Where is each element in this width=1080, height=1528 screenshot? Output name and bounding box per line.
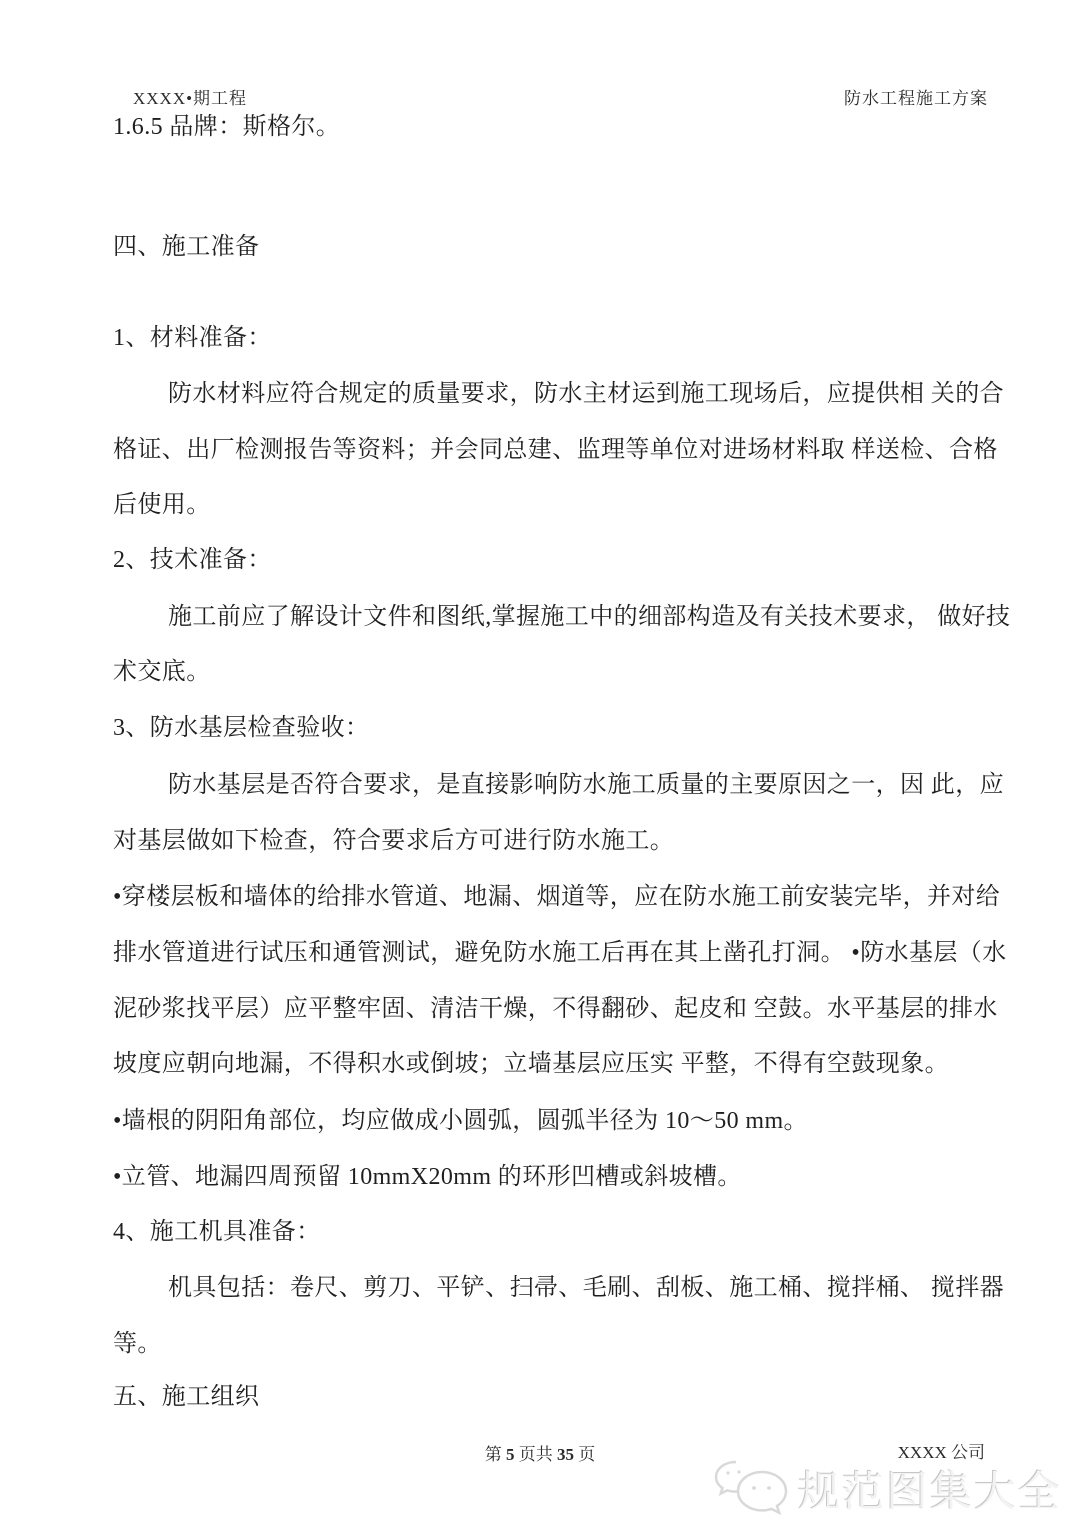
- text-line: 格证、出厂检测报告等资料；并会同总建、监理等单位对进场材料取 样送检、合格: [113, 429, 998, 464]
- page-number-middle: 页共: [519, 1445, 553, 1464]
- current-page-number: 5: [506, 1445, 515, 1464]
- watermark: 规范图集大全: [712, 1458, 1062, 1520]
- page-number-prefix: 第: [485, 1445, 502, 1464]
- page-number-suffix: 页: [578, 1445, 595, 1464]
- text-line: 机具包括：卷尺、剪刀、平铲、扫帚、毛刷、刮板、施工桶、搅拌桶、 搅拌器: [168, 1267, 1053, 1302]
- text-line: 1.6.5 品牌：斯格尔。: [113, 106, 998, 141]
- text-line: 后使用。: [113, 484, 998, 519]
- bullet-line: •墙根的阴阳角部位，均应做成小圆弧，圆弧半径为 10～50 mm。: [113, 1100, 998, 1135]
- section-heading: 四、施工准备: [113, 226, 998, 261]
- bullet-line: •立管、地漏四周预留 10mmX20mm 的环形凹槽或斜坡槽。: [113, 1156, 998, 1191]
- section-heading: 五、施工组织: [113, 1376, 998, 1411]
- total-page-number: 35: [557, 1445, 574, 1464]
- subsection-heading: 4、施工机具准备：: [113, 1211, 998, 1246]
- text-line: 等。: [113, 1323, 998, 1358]
- document-page: XXXX•期工程 防水工程施工方案 1.6.5 品牌：斯格尔。 四、施工准备 1…: [0, 0, 1080, 1528]
- subsection-heading: 1、材料准备：: [113, 317, 998, 352]
- text-line: 防水基层是否符合要求，是直接影响防水施工质量的主要原因之一，因 此，应: [168, 764, 1053, 799]
- text-line: 泥砂浆找平层）应平整牢固、清洁干燥，不得翻砂、起皮和 空鼓。水平基层的排水: [113, 988, 998, 1023]
- text-line: 术交底。: [113, 651, 998, 686]
- subsection-heading: 3、防水基层检查验收：: [113, 707, 998, 742]
- text-line: 对基层做如下检查，符合要求后方可进行防水施工。: [113, 820, 998, 855]
- text-line: 排水管道进行试压和通管测试，避免防水施工后再在其上凿孔打洞。 •防水基层（水: [113, 932, 998, 967]
- text-line: 坡度应朝向地漏，不得积水或倒坡；立墙基层应压实 平整，不得有空鼓现象。: [113, 1043, 998, 1078]
- wechat-logo-icon: [712, 1458, 790, 1520]
- watermark-text: 规范图集大全: [798, 1459, 1062, 1519]
- text-line: 施工前应了解设计文件和图纸,掌握施工中的细部构造及有关技术要求， 做好技: [168, 596, 1053, 631]
- subsection-heading: 2、技术准备：: [113, 539, 998, 574]
- text-line: 防水材料应符合规定的质量要求，防水主材运到施工现场后，应提供相 关的合: [168, 373, 1053, 408]
- bullet-line: •穿楼层板和墙体的给排水管道、地漏、烟道等，应在防水施工前安装完毕，并对给: [113, 876, 998, 911]
